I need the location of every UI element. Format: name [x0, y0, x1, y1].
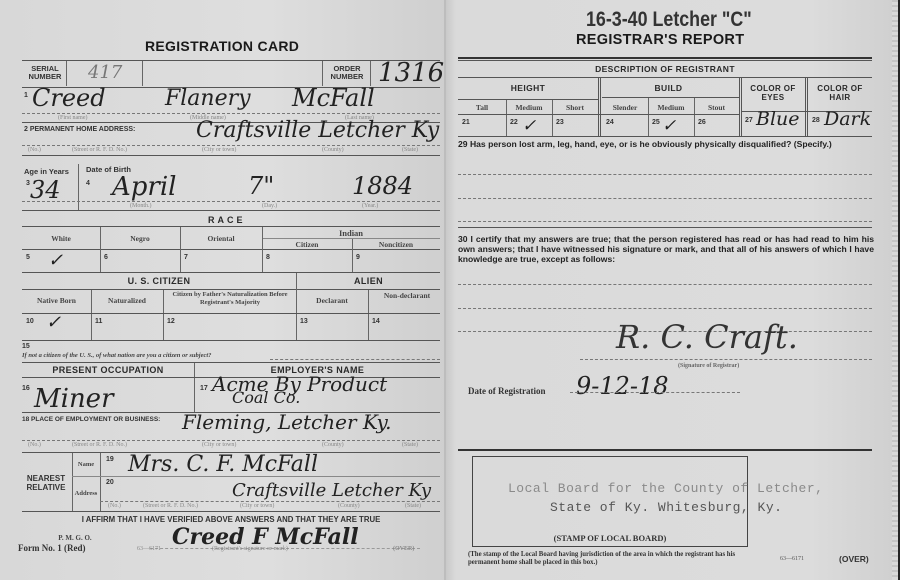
serial-number-label: SERIAL NUMBER [24, 65, 66, 81]
date-of-registration-label: Date of Registration [468, 386, 545, 396]
last-name-value: McFall [292, 84, 375, 112]
order-number-label: ORDER NUMBER [326, 65, 368, 81]
occupation-value: Miner [34, 384, 114, 414]
affirmation-text: I AFFIRM THAT I HAVE VERIFIED ABOVE ANSW… [22, 516, 440, 524]
nearest-relative-label: NEAREST RELATIVE [20, 474, 72, 492]
form-number: Form No. 1 (Red) [18, 543, 85, 553]
first-name-value: Creed [32, 84, 106, 112]
serial-number-value: 417 [88, 62, 122, 83]
dob-year-value: 1884 [352, 172, 413, 200]
native-born-check: ✓ [46, 312, 61, 333]
eye-color-value: Blue [756, 108, 800, 130]
build-medium-check: ✓ [662, 116, 676, 136]
home-address-value: Craftsville Letcher Ky [196, 118, 439, 143]
report-title: REGISTRAR'S REPORT [576, 32, 744, 48]
relative-address-value: Craftsville Letcher Ky [232, 480, 431, 501]
question-29: 29 Has person lost arm, leg, hand, eye, … [458, 139, 874, 149]
employer-value-line2: Coal Co. [232, 388, 300, 407]
eyes-heading: COLOR OF EYES [742, 84, 804, 102]
age-value: 34 [30, 176, 61, 204]
card-title: REGISTRATION CARD [145, 38, 299, 54]
stamp-note: (The stamp of the Local Board having jur… [468, 551, 758, 567]
race-heading: RACE [208, 215, 246, 225]
card-edge [892, 0, 900, 580]
height-heading: HEIGHT [458, 83, 598, 93]
dob-month-value: April [112, 172, 176, 202]
hair-heading: COLOR OF HAIR [808, 84, 872, 102]
registration-card: REGISTRATION CARD SERIAL NUMBER 417 ORDE… [0, 0, 446, 580]
question-30: 30 I certify that my answers are true; t… [458, 234, 874, 264]
nationality-question: If not a citizen of the U. S., of what n… [22, 352, 211, 359]
stamp-line-1: Local Board for the County of Letcher, [508, 481, 823, 496]
file-stamp-header: 16-3-40 Letcher "C" [586, 8, 752, 32]
stamp-line-2: State of Ky. Whitesburg, Ky. [550, 500, 782, 515]
middle-name-value: Flanery [165, 86, 251, 111]
order-number-value: 1316 [378, 58, 444, 88]
occupation-heading: PRESENT OCCUPATION [22, 365, 194, 375]
alien-heading: ALIEN [297, 276, 440, 286]
description-heading: DESCRIPTION OF REGISTRANT [458, 64, 872, 74]
age-label: Age in Years [24, 168, 69, 176]
hair-color-value: Dark [824, 108, 871, 130]
registrars-report: 16-3-40 Letcher "C" REGISTRAR'S REPORT D… [446, 0, 900, 580]
employment-place-value: Fleming, Letcher Ky. [182, 410, 392, 434]
race-white-check: ✓ [48, 250, 63, 271]
employment-place-label: 18 PLACE OF EMPLOYMENT OR BUSINESS: [22, 416, 160, 424]
build-heading: BUILD [601, 83, 736, 93]
relative-name-value: Mrs. C. F. McFall [128, 452, 318, 477]
dob-day-value: 7" [248, 172, 274, 200]
us-citizen-heading: U. S. CITIZEN [22, 276, 296, 286]
indian-heading: Indian [262, 228, 440, 238]
registrar-signature: R. C. Craft. [616, 318, 798, 356]
home-address-label: 2 PERMANENT HOME ADDRESS: [24, 126, 135, 134]
height-medium-check: ✓ [522, 116, 536, 136]
date-of-registration-value: 9-12-18 [576, 372, 669, 400]
